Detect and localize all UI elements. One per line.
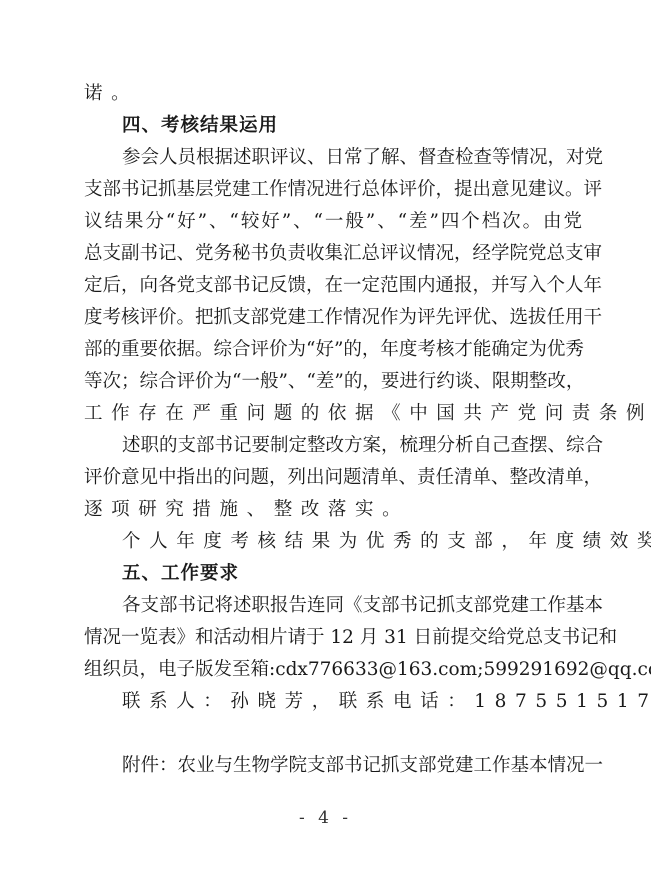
section-heading: 四、考核结果运用 <box>122 114 582 138</box>
paragraph-line: 工作存在严重问题的依据《中国共产党问责条例》进行问责。 <box>84 402 582 426</box>
paragraph-line: 部的重要依据。综合评价为“好”的，年度考核才能确定为优秀 <box>84 338 582 362</box>
paragraph-line: 定后，向各党支部书记反馈，在一定范围内通报，并写入个人年 <box>84 274 582 298</box>
paragraph-line: 等次；综合评价为“一般”、“差”的，要进行约谈、限期整改， <box>84 370 582 394</box>
paragraph-line: 逐项研究措施、整改落实。 <box>84 498 582 522</box>
paragraph-line: 情况一览表》和活动相片请于 12 月 31 日前提交给党总支书记和 <box>84 626 582 650</box>
document-page: 诺。四、考核结果运用参会人员根据述职评议、日常了解、督查检查等情况，对党支部书记… <box>0 0 651 871</box>
paragraph-line: 评价意见中指出的问题，列出问题清单、责任清单、整改清单， <box>84 466 582 490</box>
paragraph-line: 组织员，电子版发至箱:cdx776633@163.com;599291692@q… <box>84 658 582 682</box>
paragraph-line: 联系人：孙晓芳，联系电话：18755151776 <box>122 690 582 714</box>
paragraph-line: 个人年度考核结果为优秀的支部，年度绩效奖励 1000 元。 <box>122 530 582 554</box>
section-heading: 五、工作要求 <box>122 562 582 586</box>
paragraph-line: 议结果分“好”、“较好”、“一般”、“差”四个档次。由党 <box>84 210 582 234</box>
paragraph-line: 总支副书记、党务秘书负责收集汇总评议情况，经学院党总支审 <box>84 242 582 266</box>
paragraph-line: 附件：农业与生物学院支部书记抓支部党建工作基本情况一 <box>122 754 582 778</box>
paragraph-line: 支部书记抓基层党建工作情况进行总体评价，提出意见建议。评 <box>84 178 582 202</box>
paragraph-line: 各支部书记将述职报告连同《支部书记抓支部党建工作基本 <box>122 594 582 618</box>
paragraph-line: 述职的支部书记要制定整改方案，梳理分析自己查摆、综合 <box>122 434 582 458</box>
paragraph-line: 诺。 <box>84 82 582 106</box>
paragraph-line: 参会人员根据述职评议、日常了解、督查检查等情况，对党 <box>122 146 582 170</box>
page-number: - 4 - <box>0 808 651 828</box>
paragraph-line: 度考核评价。把抓支部党建工作情况作为评先评优、选拔任用干 <box>84 306 582 330</box>
